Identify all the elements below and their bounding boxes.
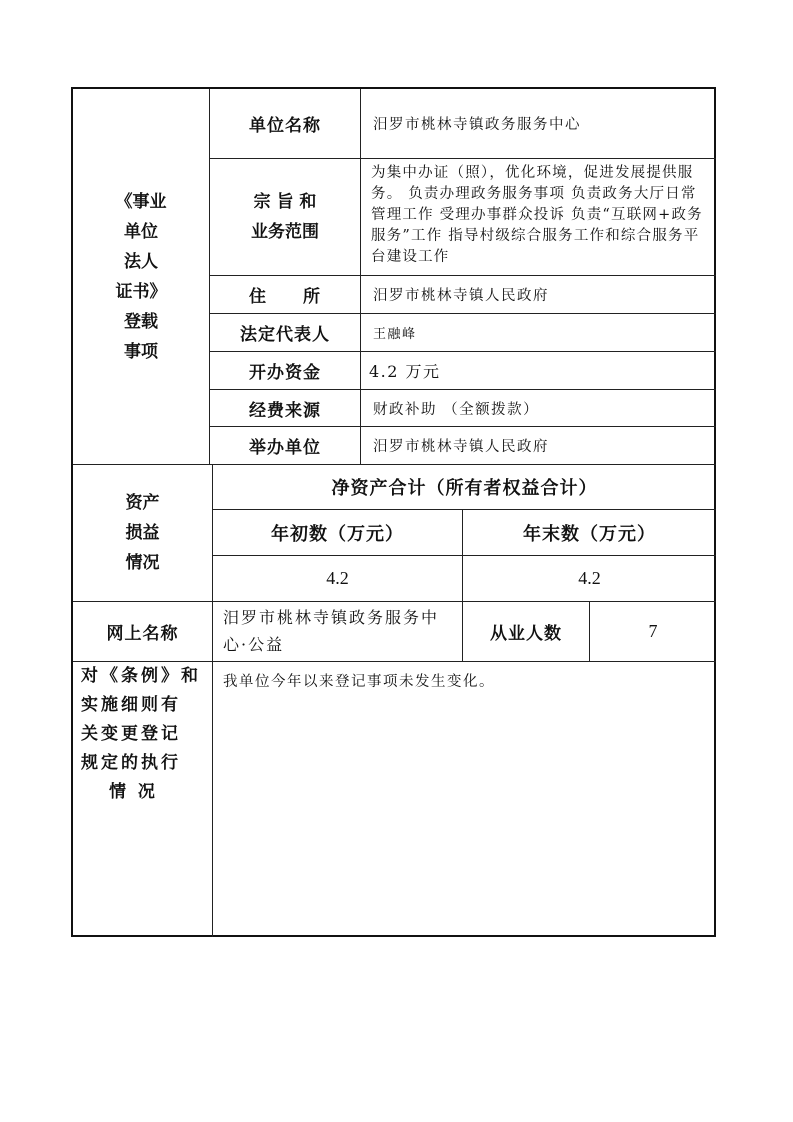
start-of-year-value: 4.2 [213,556,462,601]
legal-representative-value: 王融峰 [361,314,716,351]
label-line: 宗 旨 和 [254,187,317,217]
startup-funds-label: 开办资金 [210,352,360,389]
label-line: 规定的执行 [81,749,181,778]
startup-funds-value: 4.2 万元 [361,352,716,389]
registration-section-label: 《事业 单位 法人 证书》 登载 事项 [73,89,209,464]
funding-source-value: 财政补助 （全额拨款） [361,390,716,426]
label-line: 关变更登记 [81,720,181,749]
unit-name-value: 汨罗市桃林寺镇政务服务中心 [361,89,716,158]
legal-representative-label: 法定代表人 [210,314,360,351]
label-line: 《事业 [116,187,167,217]
funding-source-label: 经费来源 [210,390,360,426]
purpose-scope-label: 宗 旨 和 业务范围 [210,159,360,275]
end-of-year-value: 4.2 [463,556,716,601]
label-line: 实施细则有 [81,691,181,720]
assets-section-label: 资产 损益 情况 [73,465,212,601]
label-line: 事项 [124,337,158,367]
online-name-value: 汨罗市桃林寺镇政务服务中心·公益 [213,602,462,661]
address-value: 汨罗市桃林寺镇人民政府 [361,276,716,313]
sponsor-unit-label: 举办单位 [210,427,360,464]
sponsor-unit-value: 汨罗市桃林寺镇人民政府 [361,427,716,464]
label-line: 证书》 [116,277,167,307]
staff-count-value: 7 [590,602,716,661]
label-line: 情 况 [81,778,158,807]
label-line: 业务范围 [251,217,319,247]
label-line: 对《条例》和 [81,662,201,691]
online-name-label: 网上名称 [73,602,212,661]
address-label: 住 所 [210,276,360,313]
purpose-scope-value: 为集中办证（照），优化环境，促进发展提供服务。 负责办理政务服务事项 负责政务大… [361,159,716,275]
unit-name-label: 单位名称 [210,89,360,158]
staff-count-label: 从业人数 [463,602,589,661]
label-line: 损益 [126,518,160,548]
annual-report-table: 《事业 单位 法人 证书》 登载 事项 单位名称 汨罗市桃林寺镇政务服务中心 宗… [71,87,716,937]
label-line: 法人 [124,247,158,277]
net-assets-header: 净资产合计（所有者权益合计） [213,465,716,509]
compliance-label: 对《条例》和 实施细则有 关变更登记 规定的执行 情 况 [73,662,212,937]
document-page: 《事业 单位 法人 证书》 登载 事项 单位名称 汨罗市桃林寺镇政务服务中心 宗… [0,0,793,1122]
compliance-value: 我单位今年以来登记事项未发生变化。 [213,662,716,937]
label-line: 情况 [126,548,160,578]
end-of-year-label: 年末数（万元） [463,510,716,555]
label-line: 资产 [126,488,160,518]
label-line: 登载 [124,307,158,337]
label-line: 单位 [124,217,158,247]
start-of-year-label: 年初数（万元） [213,510,462,555]
